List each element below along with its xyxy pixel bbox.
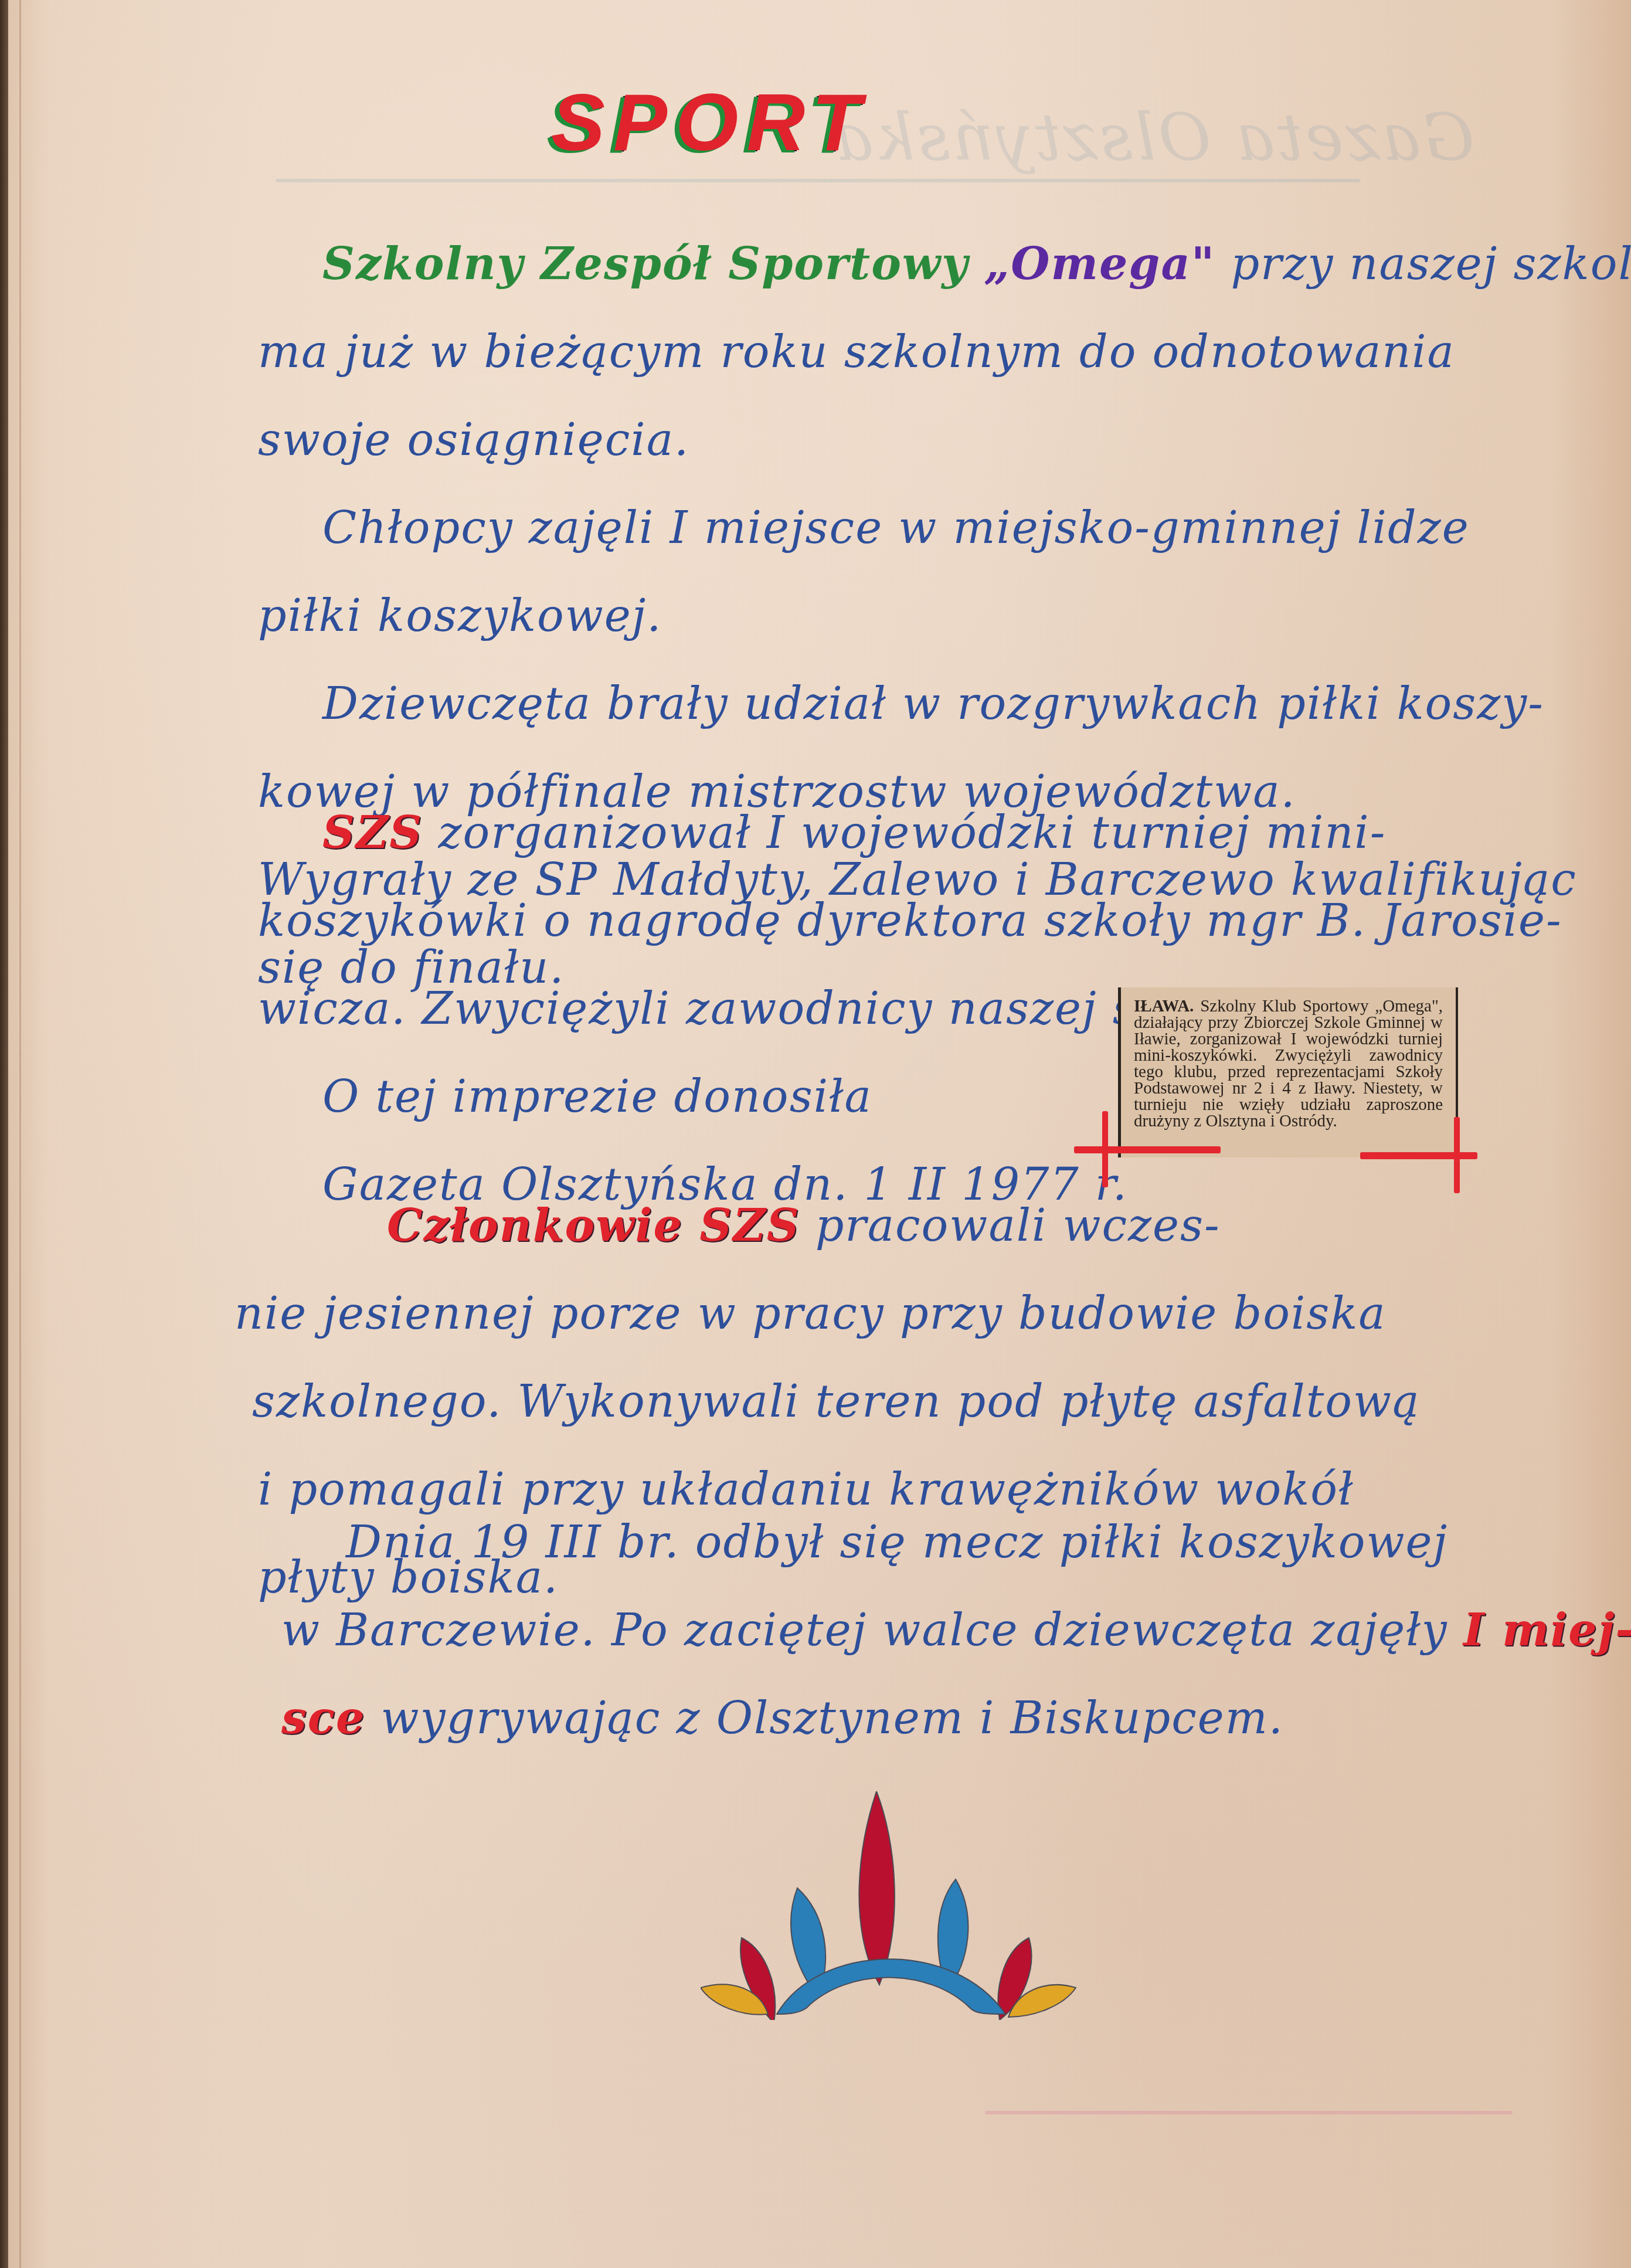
- abbr-szs: SZS: [322, 806, 423, 858]
- clipping-text: Szkolny Klub Sportowy „Omega", działając…: [1134, 997, 1443, 1130]
- text-line: SZS zorganizował I wojewódzki turniej mi…: [258, 789, 1583, 877]
- text-line: ma już w bieżącym roku szkolnym do odnot…: [258, 308, 1583, 396]
- first-place-highlight: I miej-: [1463, 1604, 1631, 1656]
- text-line: szkolnego. Wykonywali teren pod płytę as…: [235, 1357, 1559, 1445]
- first-place-highlight: sce: [281, 1692, 365, 1744]
- scanned-page: Gazeta Olsztyńska SPORT Szkolny Zespół S…: [0, 0, 1631, 2268]
- heading-szs-name: Szkolny Zespół Sportowy: [322, 237, 969, 290]
- text-line: Chłopcy zajęli I miejsce w miejsko-gminn…: [258, 484, 1583, 572]
- text-line: w Barczewie. Po zaciętej walce dziewczęt…: [281, 1586, 1606, 1674]
- faint-ruled-line: [985, 2111, 1513, 2114]
- heading-members-szs: Członkowie SZS: [387, 1199, 800, 1251]
- newspaper-clipping: IŁAWA. Szkolny Klub Sportowy „Omega", dz…: [1118, 987, 1458, 1157]
- text-line: sce wygrywając z Olsztynem i Biskupcem.: [281, 1674, 1606, 1762]
- crown-leaves-ornament-icon: [701, 1791, 1088, 2020]
- text-line: Dnia 19 III br. odbył się mecz piłki kos…: [281, 1498, 1606, 1586]
- clipping-corner-mark: [1360, 1152, 1477, 1159]
- text-line: Szkolny Zespół Sportowy „Omega" przy nas…: [258, 220, 1583, 308]
- text-line: Dziewczęta brały udział w rozgrywkach pi…: [258, 660, 1583, 748]
- faint-ruled-line: [276, 179, 1360, 182]
- text-line: koszykówki o nagrodę dyrektora szkoły mg…: [258, 877, 1583, 965]
- page-title: SPORT: [551, 76, 869, 169]
- text-line: Członkowie SZS pracowali wczes-: [235, 1181, 1559, 1269]
- book-binding: [0, 0, 8, 2268]
- text-line: swoje osiągnięcia.: [258, 396, 1583, 484]
- text-line: piłki koszykowej.: [258, 572, 1583, 660]
- text-line: nie jesiennej porze w pracy przy budowie…: [235, 1269, 1559, 1357]
- section-barczewo-match: Dnia 19 III br. odbył się mecz piłki kos…: [281, 1498, 1606, 1762]
- clipping-corner-mark: [1102, 1111, 1108, 1187]
- clipping-corner-mark: [1074, 1146, 1221, 1153]
- bleed-through-text: Gazeta Olsztyńska: [833, 100, 1474, 175]
- page-fold-line: [19, 0, 21, 2268]
- heading-omega: „Omega": [984, 237, 1216, 290]
